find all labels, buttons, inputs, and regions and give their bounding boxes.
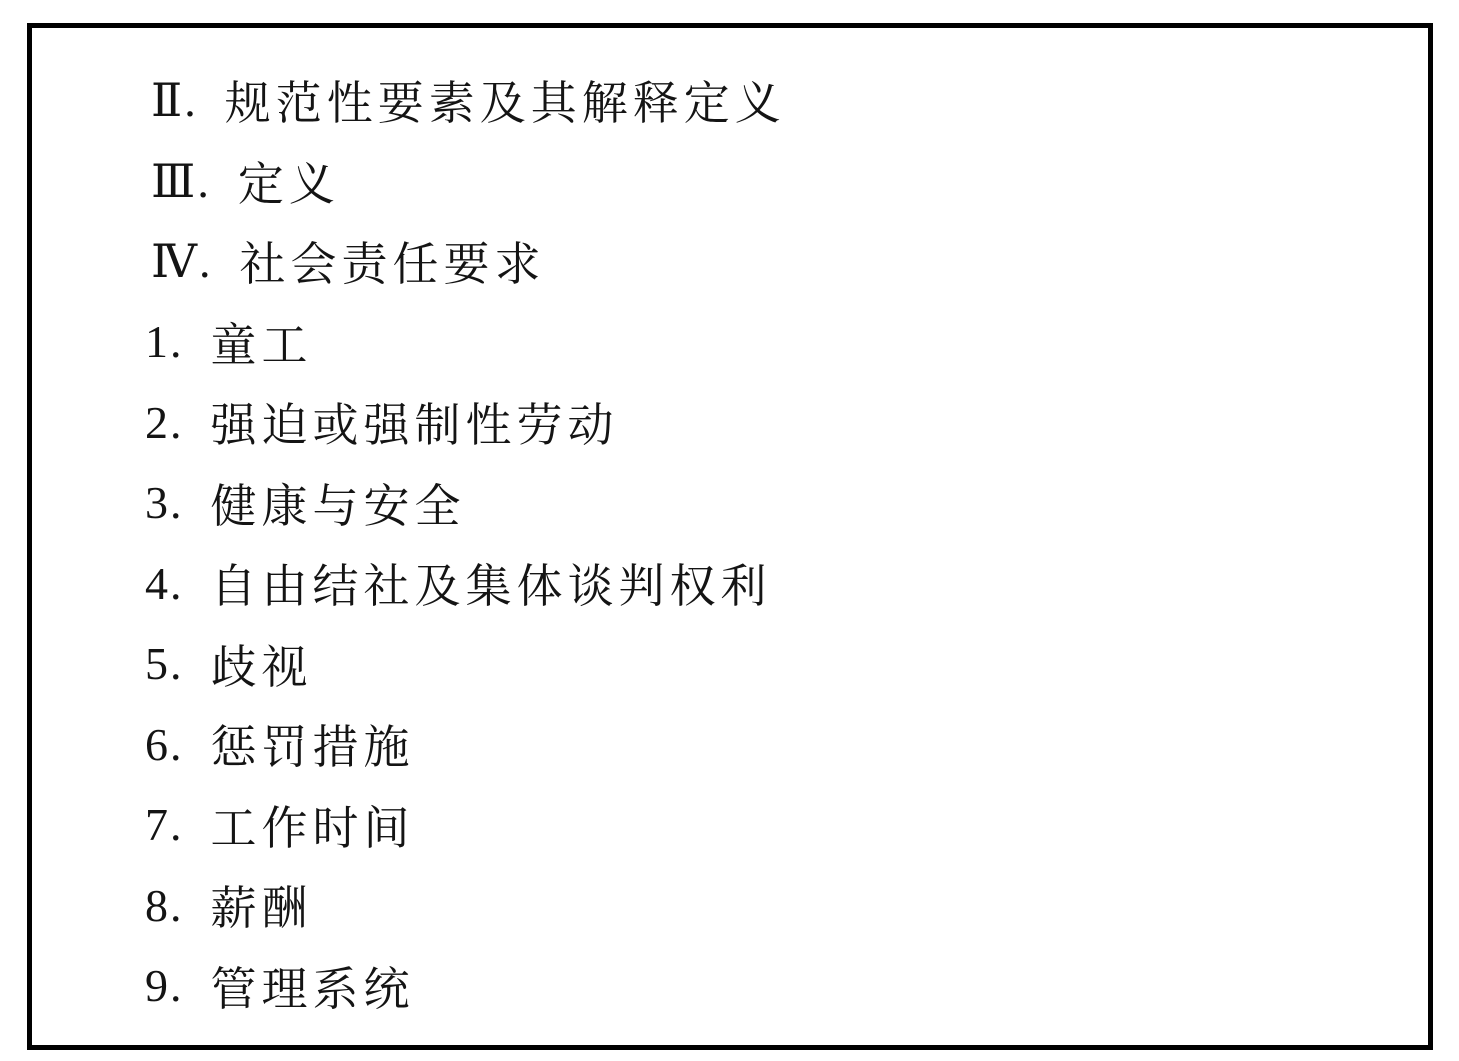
toc-item: Ⅱ. 规范性要素及其解释定义 [145,60,1408,141]
toc-item: 2. 强迫或强制性劳动 [145,382,1408,463]
toc-item-number: 8. [145,879,184,932]
toc-item-label: 健康与安全 [211,470,466,536]
table-of-contents: Ⅱ. 规范性要素及其解释定义 Ⅲ. 定义 Ⅳ. 社会责任要求 1. 童工 2. … [32,28,1428,1026]
toc-item-number: 1. [145,315,184,368]
toc-item-number: 5. [145,637,184,690]
toc-item-number: Ⅱ. [151,73,198,127]
toc-item-number: 6. [145,718,184,771]
toc-item-number: 9. [145,959,184,1012]
toc-item-label: 定义 [238,148,340,214]
document-page-border: Ⅱ. 规范性要素及其解释定义 Ⅲ. 定义 Ⅳ. 社会责任要求 1. 童工 2. … [27,23,1433,1050]
toc-item-label: 自由结社及集体谈判权利 [211,550,772,616]
toc-item-label: 薪酬 [211,872,313,938]
toc-item-label: 工作时间 [211,792,415,858]
toc-item: 7. 工作时间 [145,785,1408,866]
toc-item-label: 童工 [211,309,313,375]
toc-item: 5. 歧视 [145,624,1408,705]
toc-item: 4. 自由结社及集体谈判权利 [145,543,1408,624]
toc-item: 8. 薪酬 [145,865,1408,946]
toc-item: 1. 童工 [145,302,1408,383]
toc-item-label: 强迫或强制性劳动 [211,389,619,455]
toc-item: 3. 健康与安全 [145,463,1408,544]
toc-item-number: 2. [145,396,184,449]
toc-item-number: Ⅳ. [151,234,212,288]
toc-item: 6. 惩罚措施 [145,704,1408,785]
toc-item-number: 7. [145,798,184,851]
toc-item: Ⅲ. 定义 [145,141,1408,222]
toc-item-label: 社会责任要求 [239,228,545,294]
toc-item-label: 惩罚措施 [211,711,415,777]
toc-item: 9. 管理系统 [145,946,1408,1027]
toc-item-number: 4. [145,557,184,610]
toc-item-label: 歧视 [211,631,313,697]
toc-item-label: 管理系统 [211,953,415,1019]
toc-item: Ⅳ. 社会责任要求 [145,221,1408,302]
toc-item-label: 规范性要素及其解释定义 [225,67,786,133]
toc-item-number: 3. [145,476,184,529]
toc-item-number: Ⅲ. [151,154,211,208]
